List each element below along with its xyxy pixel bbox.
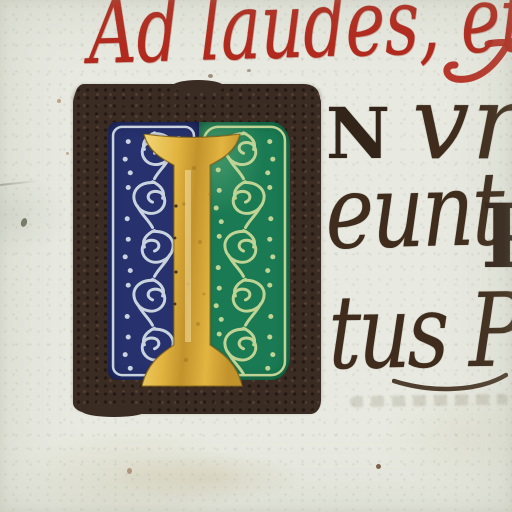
bleedthrough-marks	[350, 394, 508, 408]
scratch-mark	[0, 180, 38, 186]
text-line-2: eunt	[325, 159, 503, 265]
partial-capital: P	[481, 192, 512, 280]
illuminated-initial	[74, 86, 320, 412]
parchment-speck	[66, 152, 69, 155]
text-line-3: tus Pr	[328, 280, 512, 385]
parchment-speck	[376, 464, 381, 469]
parchment-stain	[118, 452, 303, 502]
manuscript-page: Ad laudes, et	[0, 0, 512, 512]
parchment-speck	[20, 217, 28, 227]
parchment-speck	[57, 99, 61, 103]
initial-letter-I	[140, 134, 244, 388]
